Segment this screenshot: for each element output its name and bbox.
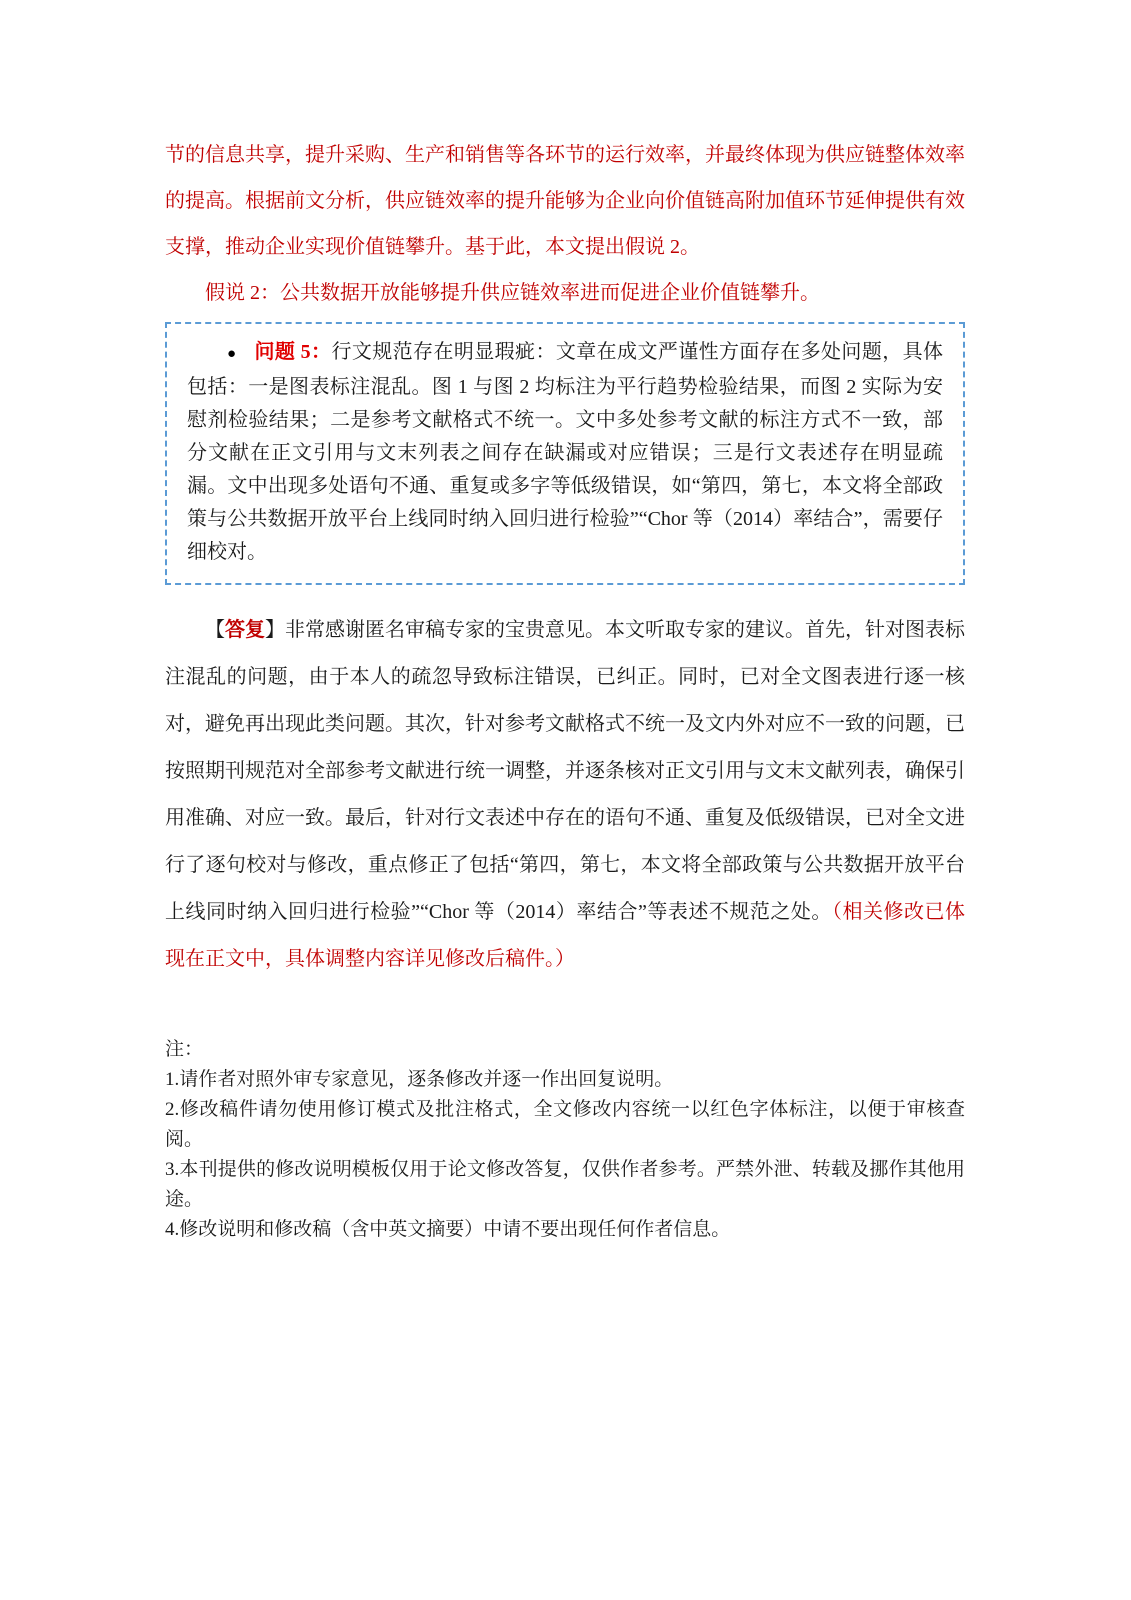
- question-label: 问题 5：: [254, 341, 331, 363]
- bullet-icon: ●: [227, 346, 236, 362]
- document-page: 节的信息共享，提升采购、生产和销售等各环节的运行效率，并最终体现为供应链整体效率…: [0, 0, 1131, 1600]
- hypothesis-line: 假说 2：公共数据开放能够提升供应链效率进而促进企业价值链攀升。: [165, 270, 965, 316]
- note-item-2: 2.修改稿件请勿使用修订模式及批注格式，全文修改内容统一以红色字体标注，以便于审…: [165, 1095, 965, 1155]
- note-item-4: 4.修改说明和修改稿（含中英文摘要）中请不要出现任何作者信息。: [165, 1215, 965, 1245]
- notes-section: 注： 1.请作者对照外审专家意见，逐条修改并逐一作出回复说明。 2.修改稿件请勿…: [165, 1035, 965, 1245]
- page-content: 节的信息共享，提升采购、生产和销售等各环节的运行效率，并最终体现为供应链整体效率…: [165, 0, 965, 1245]
- reply-bracket-close: 】: [265, 619, 285, 641]
- question-box: ●问题 5：行文规范存在明显瑕疵：文章在成文严谨性方面存在多处问题，具体包括：一…: [165, 322, 965, 585]
- reply-bracket-open: 【: [205, 619, 225, 641]
- question-body: 行文规范存在明显瑕疵：文章在成文严谨性方面存在多处问题，具体包括：一是图表标注混…: [187, 341, 943, 563]
- notes-heading: 注：: [165, 1035, 965, 1065]
- reply-label: 答复: [225, 619, 265, 641]
- reply-body: 非常感谢匿名审稿专家的宝贵意见。本文听取专家的建议。首先，针对图表标注混乱的问题…: [165, 619, 965, 923]
- intro-paragraph: 节的信息共享，提升采购、生产和销售等各环节的运行效率，并最终体现为供应链整体效率…: [165, 132, 965, 270]
- reply-paragraph: 【答复】非常感谢匿名审稿专家的宝贵意见。本文听取专家的建议。首先，针对图表标注混…: [165, 607, 965, 983]
- note-item-3: 3.本刊提供的修改说明模板仅用于论文修改答复，仅供作者参考。严禁外泄、转载及挪作…: [165, 1155, 965, 1215]
- note-item-1: 1.请作者对照外审专家意见，逐条修改并逐一作出回复说明。: [165, 1065, 965, 1095]
- question-paragraph: ●问题 5：行文规范存在明显瑕疵：文章在成文严谨性方面存在多处问题，具体包括：一…: [187, 336, 943, 569]
